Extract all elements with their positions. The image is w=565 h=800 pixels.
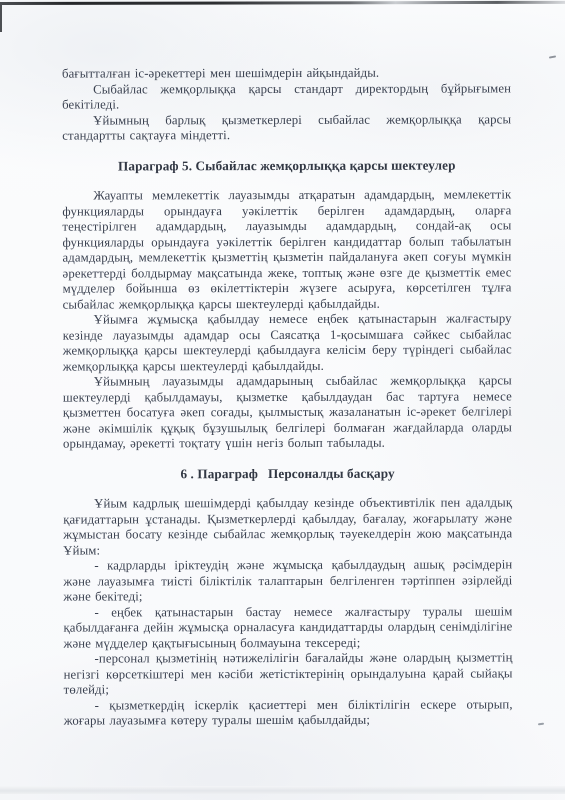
paragraph: Ұйымның лауазымды адамдарының сыбайлас ж…	[63, 373, 512, 452]
scan-top-edge	[0, 1, 565, 5]
paragraph: Ұйым кадрлық шешімдерді қабылдау кезінде…	[63, 495, 512, 558]
scan-artifact-dash-bottom	[538, 723, 544, 726]
scan-left-edge	[0, 4, 2, 32]
section-heading: 6 . Параграф Персоналды басқару	[63, 465, 512, 482]
paragraph: Ұйымға жұмысқа қабылдау немесе еңбек қат…	[63, 311, 512, 374]
paragraph: Ұйымның барлық қызметкерлері сыбайлас же…	[62, 112, 511, 144]
section-heading: Параграф 5. Сыбайлас жемқорлыққа қарсы ш…	[62, 157, 511, 174]
paragraph: Жауапты мемлекеттік лауазымды атқаратын …	[62, 187, 511, 312]
paragraph: Сыбайлас жемқорлыққа қарсы стандарт дире…	[62, 81, 511, 113]
document-content: бағытталған іс-әрекеттері мен шешімдерін…	[62, 65, 513, 729]
paragraph: - кадрларды іріктеудің және жұмысқа қабы…	[63, 557, 512, 605]
scanned-page: { "page": { "kind": "scanned-document-pa…	[0, 0, 565, 800]
scan-artifact-dash-top	[549, 55, 556, 58]
paragraph: бағытталған іс-әрекеттері мен шешімдерін…	[62, 65, 511, 82]
paragraph: - қызметкердің іскерлік қасиеттері мен б…	[64, 697, 513, 729]
paragraph: - еңбек қатынастарын бастау немесе жалға…	[63, 604, 512, 652]
scan-bottom-edge	[0, 786, 565, 794]
paragraph: -персонал қызметінің нәтижелілігін бағал…	[64, 650, 513, 698]
